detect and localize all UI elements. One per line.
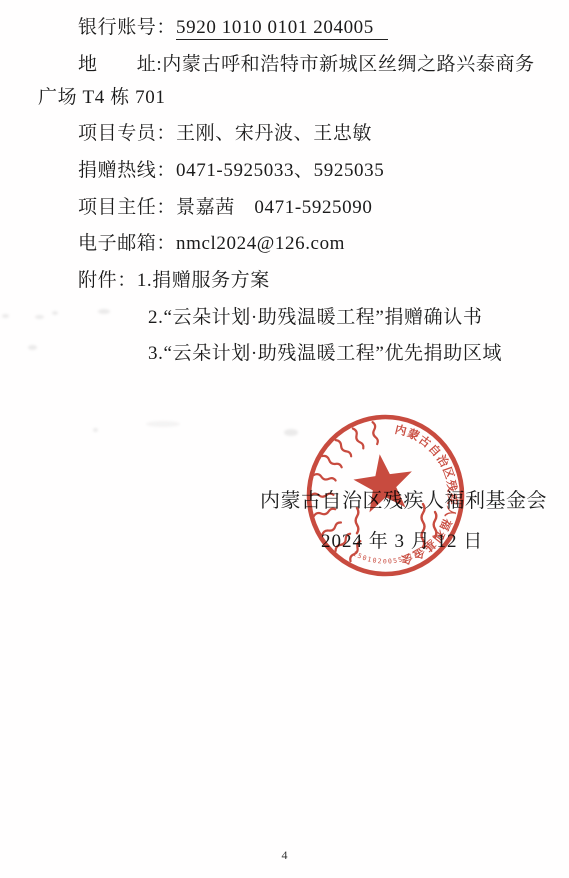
attachment-item-2: 2.“云朵计划·助残温暖工程”捐赠确认书: [148, 306, 482, 330]
email-line: 电子邮箱：nmcl2024@126.com: [78, 232, 345, 256]
address-line: 地 址:内蒙古呼和浩特市新城区丝绸之路兴泰商务: [78, 53, 535, 77]
scan-smudge: [98, 309, 110, 314]
svg-text:内蒙古自治区残疾人福利基金会: 内蒙古自治区残疾人福利基金会: [394, 422, 460, 568]
attachment-item-1: 1.捐赠服务方案: [137, 270, 270, 291]
project-director-line: 项目主任：景嘉茜 0471-5925090: [78, 196, 372, 220]
document-page: 银行账号：5920 1010 0101 204005 地 址:内蒙古呼和浩特市新…: [0, 0, 569, 878]
attachments-label: 附件：: [78, 270, 137, 291]
scan-smudge: [146, 421, 180, 427]
address-line-continuation: 广场 T4 栋 701: [38, 86, 165, 110]
email-label: 电子邮箱：: [78, 233, 176, 254]
seal-arc-text: 内蒙古自治区残疾人福利基金会: [394, 422, 460, 568]
scan-smudge: [28, 345, 37, 350]
address-value: 内蒙古呼和浩特市新城区丝绸之路兴泰商务: [162, 54, 534, 75]
scan-smudge: [284, 429, 298, 436]
attachments-line: 附件：1.捐赠服务方案: [78, 269, 270, 293]
project-specialist-value: 王刚、宋丹波、王忠敏: [176, 123, 372, 144]
scan-smudge: [2, 314, 9, 318]
bank-account-label: 银行账号：: [78, 17, 176, 38]
project-specialist-label: 项目专员：: [78, 123, 176, 144]
donation-hotline-label: 捐赠热线：: [78, 160, 176, 181]
scan-smudge: [93, 428, 98, 432]
bank-account-line: 银行账号：5920 1010 0101 204005: [78, 16, 388, 40]
project-specialist-line: 项目专员：王刚、宋丹波、王忠敏: [78, 122, 372, 146]
donation-hotline-line: 捐赠热线：0471-5925033、5925035: [78, 159, 384, 183]
seal-inner-script: [356, 504, 437, 547]
scan-smudge: [52, 311, 58, 315]
page-number: 4: [0, 848, 569, 863]
project-director-value: 景嘉茜 0471-5925090: [176, 197, 372, 218]
bank-account-value: 5920 1010 0101 204005: [176, 17, 388, 40]
address-value-line2: 广场 T4 栋 701: [38, 87, 165, 108]
project-director-label: 项目主任：: [78, 197, 176, 218]
seal-star-icon: [350, 450, 416, 514]
attachment-item-3: 3.“云朵计划·助残温暖工程”优先捐助区域: [148, 342, 502, 366]
scan-smudge: [35, 315, 44, 319]
email-value: nmcl2024@126.com: [176, 233, 345, 254]
official-seal: 内蒙古自治区残疾人福利基金会 1501020055277: [304, 408, 474, 580]
donation-hotline-value: 0471-5925033、5925035: [176, 160, 384, 181]
address-label: 地 址:: [78, 54, 162, 75]
